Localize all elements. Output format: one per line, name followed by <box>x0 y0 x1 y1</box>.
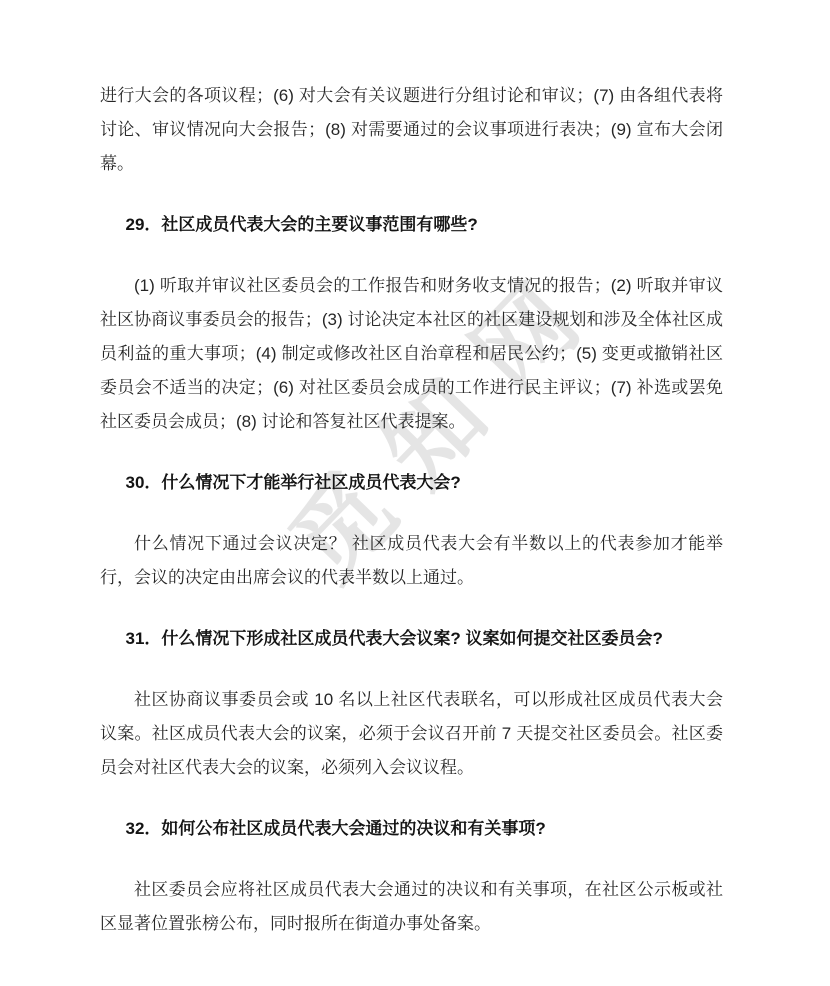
document-content: 进行大会的各项议程；(6) 对大会有关议题进行分组讨论和审议；(7) 由各组代表… <box>0 0 830 941</box>
question-30-heading: 30．什么情况下才能举行社区成员代表大会? <box>100 466 723 500</box>
document-page: 觅知网 进行大会的各项议程；(6) 对大会有关议题进行分组讨论和审议；(7) 由… <box>0 0 830 986</box>
answer-30-paragraph: 什么情况下通过会议决定？ 社区成员代表大会有半数以上的代表参加才能举行，会议的决… <box>100 527 723 595</box>
continuation-paragraph: 进行大会的各项议程；(6) 对大会有关议题进行分组讨论和审议；(7) 由各组代表… <box>100 79 723 181</box>
answer-32-paragraph: 社区委员会应将社区成员代表大会通过的决议和有关事项，在社区公示板或社区显著位置张… <box>100 873 723 941</box>
answer-29-paragraph: (1) 听取并审议社区委员会的工作报告和财务收支情况的报告；(2) 听取并审议社… <box>100 269 723 439</box>
question-32-heading: 32．如何公布社区成员代表大会通过的决议和有关事项? <box>100 812 723 846</box>
question-31-heading: 31．什么情况下形成社区成员代表大会议案? 议案如何提交社区委员会? <box>100 622 723 656</box>
question-29-heading: 29．社区成员代表大会的主要议事范围有哪些? <box>100 208 723 242</box>
answer-31-paragraph: 社区协商议事委员会或 10 名以上社区代表联名，可以形成社区成员代表大会议案。社… <box>100 683 723 785</box>
